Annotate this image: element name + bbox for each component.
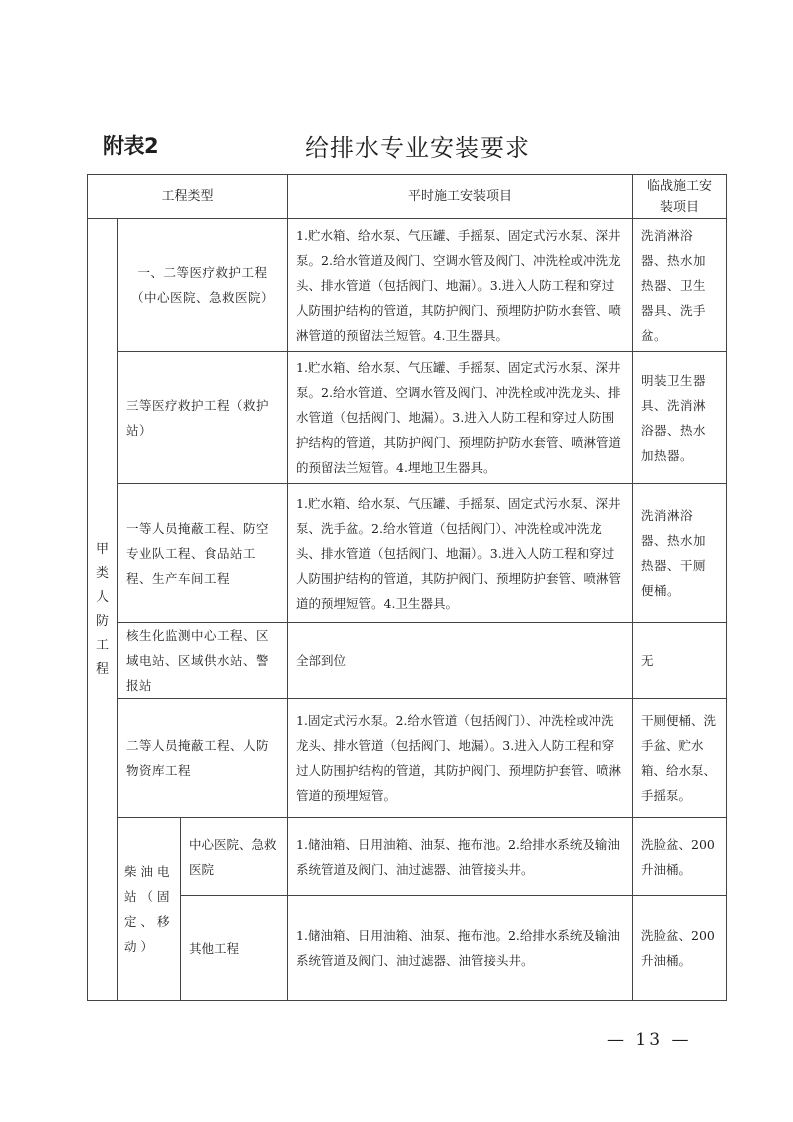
wartime-items-cell: 洗脸盆、200升油桶。	[633, 896, 727, 1001]
table-row: 其他工程 1.储油箱、日用油箱、油泵、拖布池。2.给排水系统及输油系统管道及阀门…	[88, 896, 727, 1001]
table-row: 核生化监测中心工程、区域电站、区域供水站、警报站 全部到位 无	[88, 623, 727, 699]
group-label-class-a: 甲 类 人 防 工 程	[88, 219, 118, 1001]
table-row: 甲 类 人 防 工 程 一、二等医疗救护工程（中心医院、急救医院） 1.贮水箱、…	[88, 219, 727, 352]
table-row: 二等人员掩蔽工程、人防物资库工程 1.固定式污水泵。2.给水管道（包括阀门）、冲…	[88, 699, 727, 818]
wartime-items-cell: 干厕便桶、洗手盆、贮水箱、给水泵、手摇泵。	[633, 699, 727, 818]
project-type-cell: 核生化监测中心工程、区域电站、区域供水站、警报站	[118, 623, 288, 699]
peacetime-items-cell: 1.储油箱、日用油箱、油泵、拖布池。2.给排水系统及输油系统管道及阀门、油过滤器…	[288, 896, 633, 1001]
group-label-char: 工	[88, 634, 117, 658]
peacetime-items-cell: 1.贮水箱、给水泵、气压罐、手摇泵、固定式污水泵、深井泵。2.给水管道、空调水管…	[288, 352, 633, 484]
group-label-char: 程	[88, 658, 117, 682]
group-label-char: 人	[88, 586, 117, 610]
peacetime-items-cell: 全部到位	[288, 623, 633, 699]
wartime-items-cell: 洗消淋浴器、热水加热器、卫生器具、洗手盆。	[633, 219, 727, 352]
page-number: — 13 —	[607, 1030, 691, 1050]
table-header-row: 工程类型 平时施工安装项目 临战施工安装项目	[88, 175, 727, 219]
peacetime-items-cell: 1.储油箱、日用油箱、油泵、拖布池。2.给排水系统及输油系统管道及阀门、油过滤器…	[288, 818, 633, 896]
table-row: 柴油电站（固定、移动） 中心医院、急救医院 1.储油箱、日用油箱、油泵、拖布池。…	[88, 818, 727, 896]
project-subtype-cell: 中心医院、急救医院	[181, 818, 288, 896]
page-title: 给排水专业安装要求	[305, 128, 530, 163]
wartime-items-cell: 无	[633, 623, 727, 699]
column-header-type: 工程类型	[88, 175, 288, 219]
project-type-cell: 二等人员掩蔽工程、人防物资库工程	[118, 699, 288, 818]
peacetime-items-cell: 1.固定式污水泵。2.给水管道（包括阀门）、冲洗栓或冲洗龙头、排水管道（包括阀门…	[288, 699, 633, 818]
column-header-wartime: 临战施工安装项目	[633, 175, 727, 219]
peacetime-items-cell: 1.贮水箱、给水泵、气压罐、手摇泵、固定式污水泵、深井泵、洗手盆。2.给水管道（…	[288, 484, 633, 623]
table-row: 一等人员掩蔽工程、防空专业队工程、食品站工程、生产车间工程 1.贮水箱、给水泵、…	[88, 484, 727, 623]
project-type-cell: 一等人员掩蔽工程、防空专业队工程、食品站工程、生产车间工程	[118, 484, 288, 623]
installation-requirements-table: 工程类型 平时施工安装项目 临战施工安装项目 甲 类 人 防 工 程 一、二等医…	[87, 174, 727, 1001]
project-type-cell: 三等医疗救护工程（救护站）	[118, 352, 288, 484]
appendix-label: 附表2	[103, 130, 158, 160]
wartime-items-cell: 明装卫生器具、洗消淋浴器、热水加热器。	[633, 352, 727, 484]
table-row: 三等医疗救护工程（救护站） 1.贮水箱、给水泵、气压罐、手摇泵、固定式污水泵、深…	[88, 352, 727, 484]
wartime-items-cell: 洗脸盆、200升油桶。	[633, 818, 727, 896]
group-label-char: 防	[88, 610, 117, 634]
peacetime-items-cell: 1.贮水箱、给水泵、气压罐、手摇泵、固定式污水泵、深井泵。2.给水管道及阀门、空…	[288, 219, 633, 352]
project-subtype-cell: 其他工程	[181, 896, 288, 1001]
column-header-peacetime: 平时施工安装项目	[288, 175, 633, 219]
group-label-char: 类	[88, 562, 117, 586]
group-label-char: 甲	[88, 538, 117, 562]
wartime-items-cell: 洗消淋浴器、热水加热器、干厕便桶。	[633, 484, 727, 623]
project-type-cell: 一、二等医疗救护工程（中心医院、急救医院）	[118, 219, 288, 352]
diesel-station-label: 柴油电站（固定、移动）	[118, 818, 181, 1001]
